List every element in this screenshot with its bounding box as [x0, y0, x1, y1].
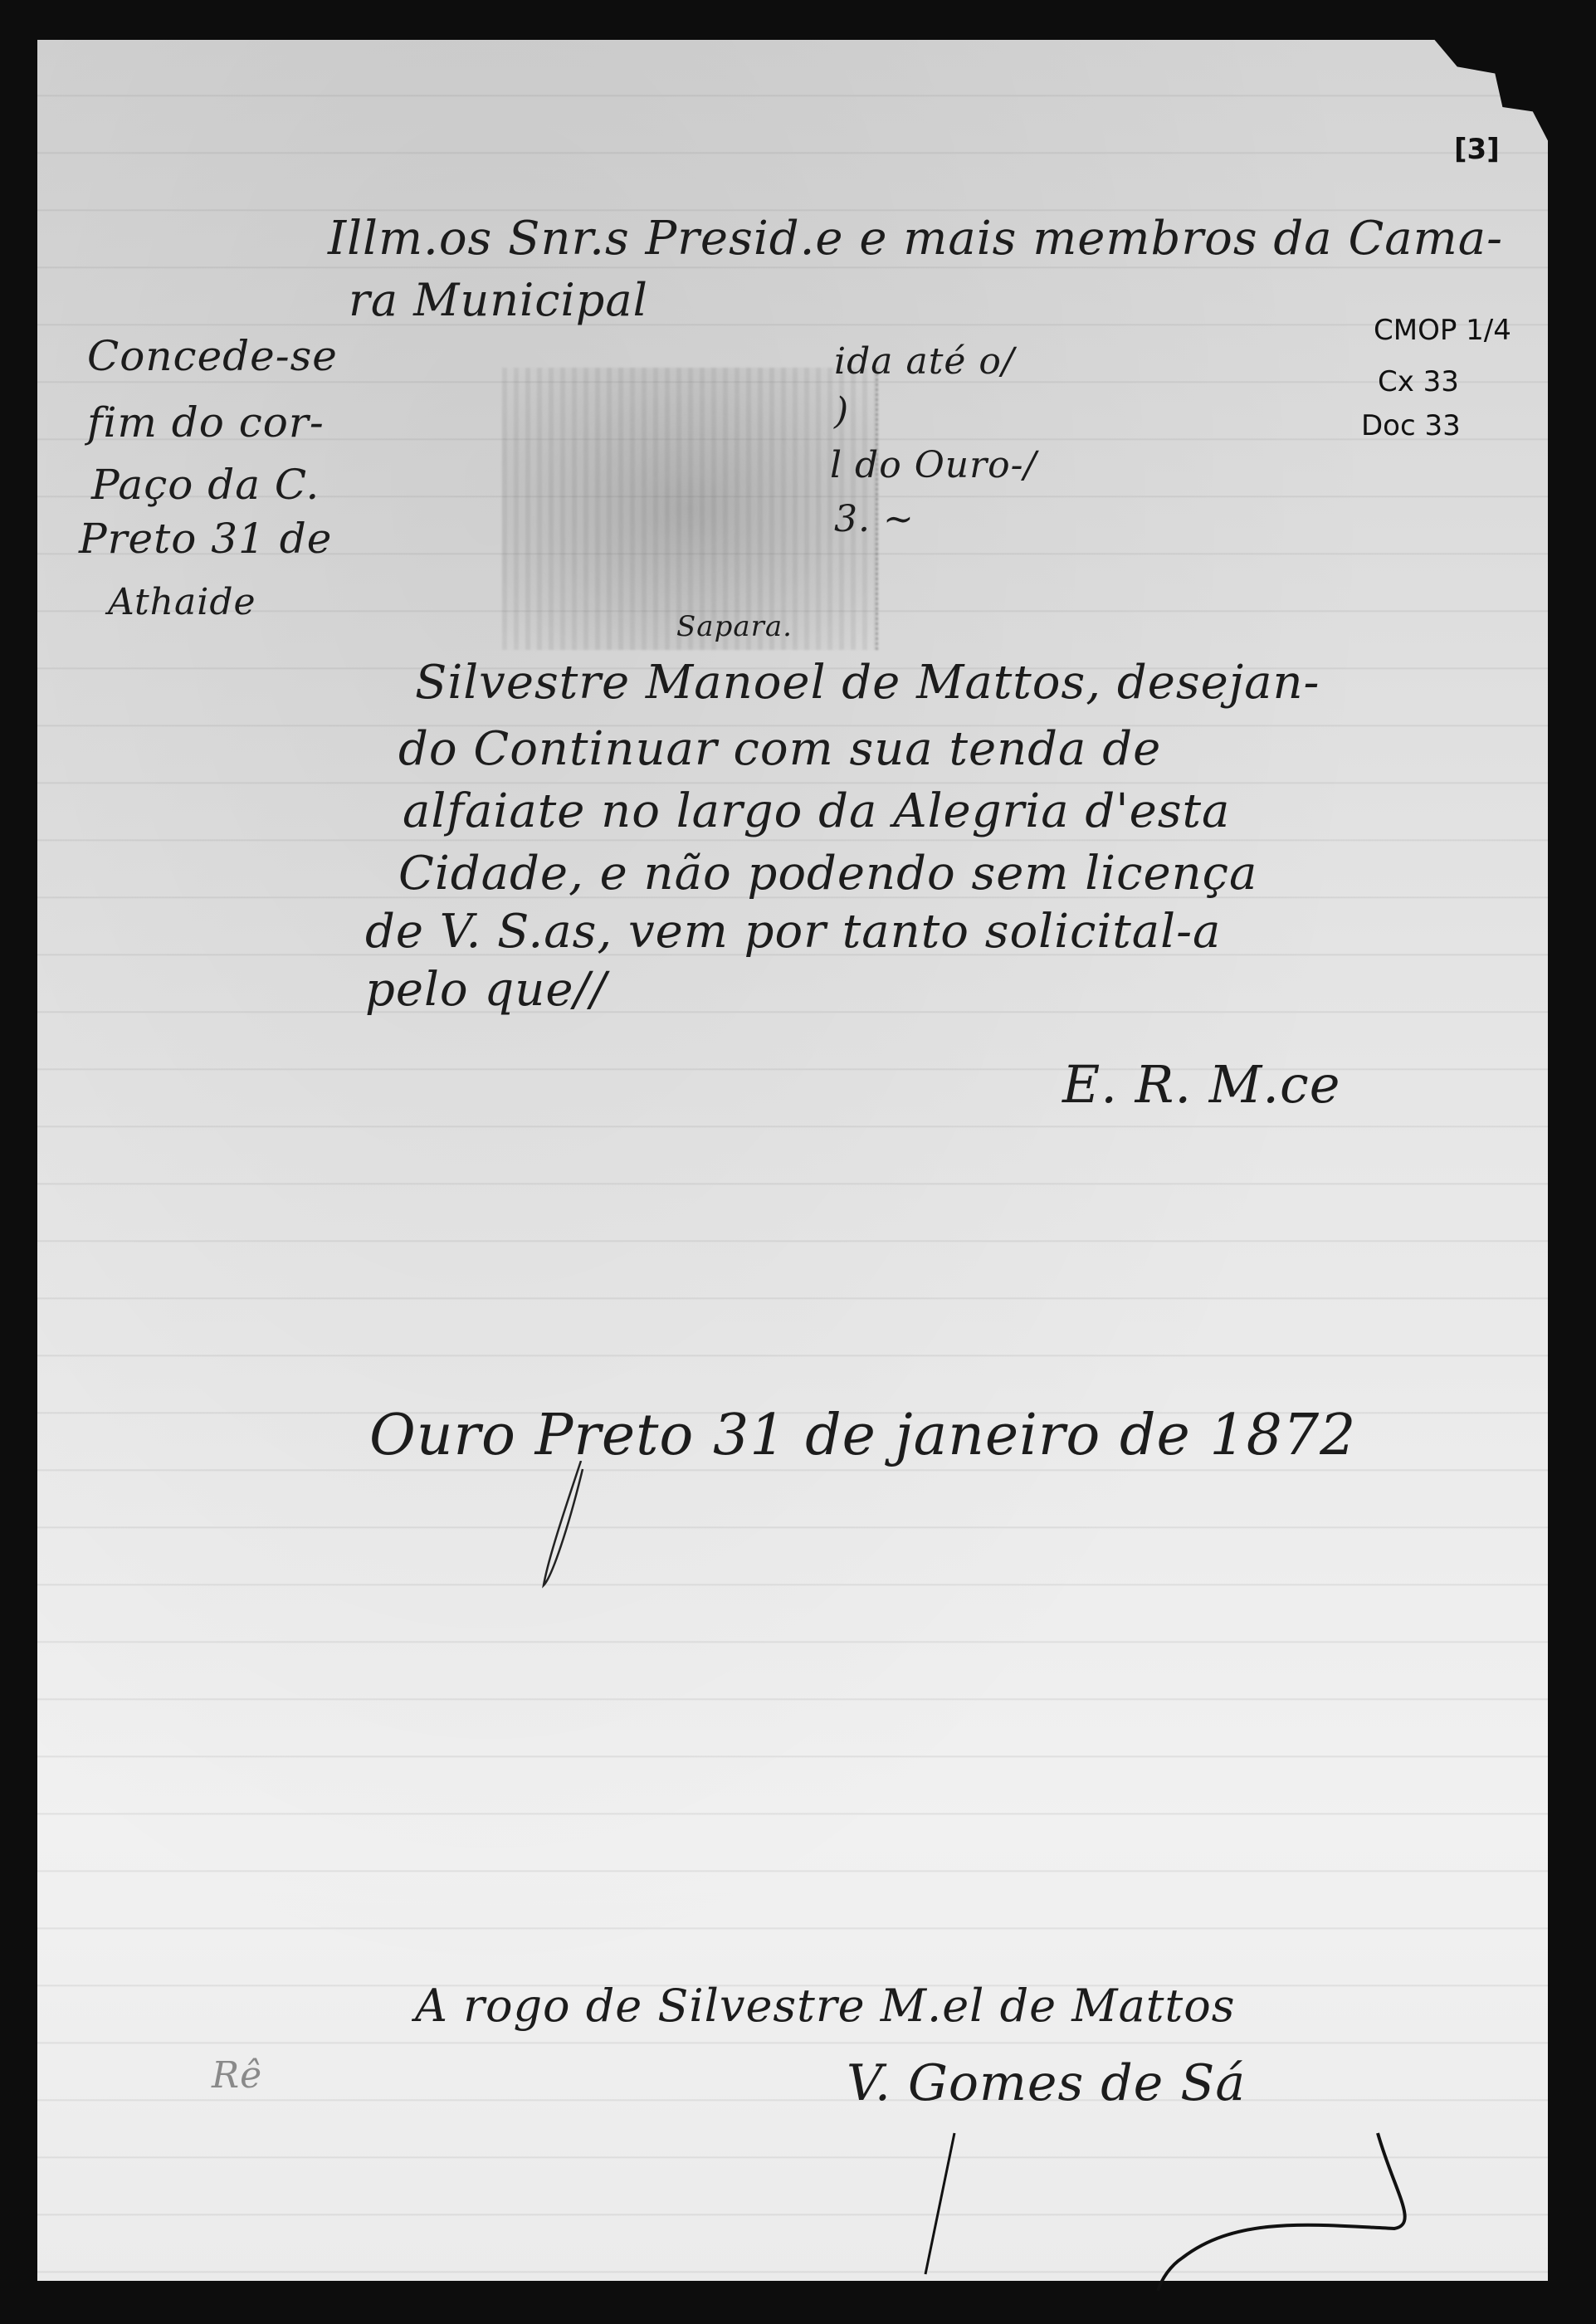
stamp-adjacent-text-5: Sapara.	[676, 610, 793, 643]
date-flourish	[531, 1461, 631, 1594]
petition-line-6: pelo que//	[365, 963, 607, 1017]
margin-initials: Rê	[212, 2054, 262, 2097]
petition-line-1: Silvestre Manoel de Mattos, desejan-	[415, 656, 1320, 710]
stamp-adjacent-text-2: )	[834, 390, 849, 432]
petition-line-3: alfaiate no largo da Alegria d'esta	[403, 784, 1230, 838]
archive-fund-mark: CMOP 1/4	[1374, 314, 1511, 347]
stamp-adjacent-text-1: ida até o/	[834, 340, 1015, 383]
archive-box-mark: Cx 33	[1378, 365, 1459, 398]
archive-document-mark: Doc 33	[1361, 409, 1461, 442]
margin-dispatch-line-2: fim do cor-	[87, 398, 325, 447]
signature-flourish	[847, 2125, 1428, 2299]
salutation-line-2: ra Municipal	[349, 274, 648, 326]
stamp-adjacent-text-4: 3. ~	[834, 498, 915, 540]
margin-dispatch-signature: Athaide	[108, 581, 256, 623]
signature-line-2: V. Gomes de Sá	[847, 2054, 1246, 2112]
signature-line-1: A rogo de Silvestre M.el de Mattos	[415, 1980, 1235, 2032]
closing-formula: E. R. M.ce	[1062, 1054, 1340, 1115]
margin-dispatch-line-1: Concede-se	[87, 332, 338, 380]
petition-line-2: do Continuar com sua tenda de	[398, 722, 1161, 776]
margin-dispatch-line-4: Preto 31 de	[79, 515, 332, 563]
faded-stamp	[502, 368, 878, 650]
margin-dispatch-line-3: Paço da C.	[91, 461, 320, 509]
archive-page-number: [3]	[1454, 133, 1500, 166]
petition-line-5: de V. S.as, vem por tanto solicital-a	[365, 905, 1221, 959]
stamp-adjacent-text-3: l do Ouro-/	[830, 444, 1037, 486]
petition-line-4: Cidade, e não podendo sem licença	[398, 847, 1257, 901]
date-line: Ouro Preto 31 de janeiro de 1872	[369, 1403, 1356, 1468]
salutation-line-1: Illm.os Snr.s Presid.e e mais membros da…	[328, 212, 1503, 266]
